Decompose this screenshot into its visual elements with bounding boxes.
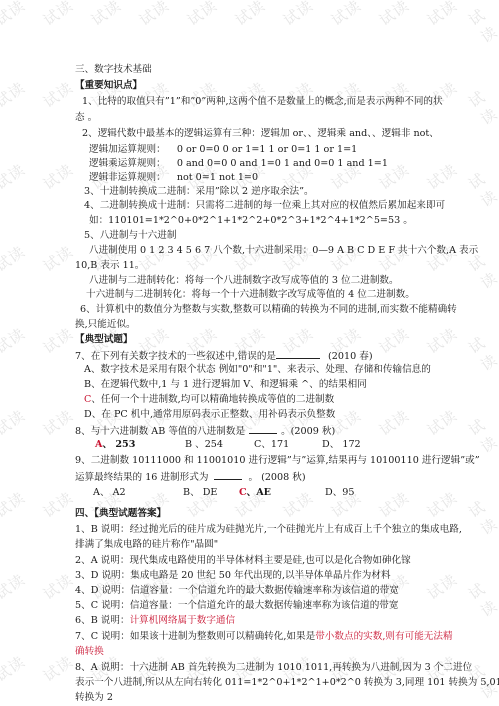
rule-and: 逻辑乘运算规则： 0 and 0=0 0 and 1=0 1 and 0=0 1… (89, 158, 388, 170)
q8-option-b: B 、254 (185, 439, 223, 451)
watermark-text: 试读 (423, 405, 461, 441)
answer-5: 5、C 说明：信道容量：一个信道允许的最大数据传输速率称为该信道的带宽 (75, 600, 399, 612)
correct-answer-letter: C (239, 487, 247, 498)
watermark-text: 试读 (135, 0, 173, 30)
point-5-line2: 八进制使用 0 1 2 3 4 5 6 7 八个数,十六进制采用：0—9 A B… (89, 245, 478, 257)
point-1-line1: 1、比特的取值只有”1”和”0”两种,这两个值不是数量上的概念,而是表示两种不同… (82, 96, 443, 108)
q9-option-d: D、95 (325, 487, 355, 499)
rule-not: 逻辑非运算规则： not 0=1 not 1=0 (89, 172, 258, 184)
watermark-text: 试读 (231, 0, 269, 30)
point-5-line1: 5、八进制与十六进制 (84, 230, 176, 242)
watermark-text: 试读 (464, 327, 499, 376)
q8-option-d: D、 172 (322, 439, 361, 451)
highlighted-text: 带小数点的实数,则有可能无法精 (315, 631, 452, 642)
watermark-text: 试读 (0, 405, 29, 441)
rule-or-value: 0 or 0=0 0 or 1=1 1 or 0=1 1 or 1=1 (177, 144, 357, 155)
q7-option-c: C、任何一个十进制数,均可以精确地转换成等值的二进制数 (84, 394, 334, 406)
watermark-text: 试读 (375, 405, 413, 441)
watermark-text: 试读 (0, 487, 29, 523)
watermark-text: 试读 (464, 81, 499, 130)
subheading-key-points: 【重要知识点】 (75, 80, 142, 92)
answer-blank (249, 424, 277, 434)
point-6-line2: 换,只能近似。 (75, 319, 136, 331)
watermark-text: 试读 (0, 241, 29, 277)
question-7-text: 7、在下列有关数字技术的一些叙述中,错误的是 (75, 351, 276, 362)
watermark-text: 试读 (464, 491, 499, 540)
question-9-stem: 9、二进制数 10111000 和 11001010 进行逻辑”与”运算,结果再… (75, 455, 480, 467)
watermark-text: 试读 (327, 0, 365, 30)
highlighted-text: 计算机网络属于数字通信 (130, 615, 236, 626)
point-5-line4: 八进制与二进制转化：将每一个八进制数字改写成等值的 3 位二进制数。 (89, 275, 399, 287)
answer-8-line3: 转换为 2 (75, 692, 113, 704)
watermark-text: 试读 (0, 77, 29, 113)
watermark-text: 试读 (0, 159, 29, 195)
question-9-stem2: 运算最终结果的 16 进制形式为。 (2008 秋) (75, 470, 306, 484)
watermark-text: 试读 (39, 159, 77, 195)
watermark-text: 试读 (39, 651, 77, 687)
watermark-text: 试读 (39, 77, 77, 113)
question-7-stem: 7、在下列有关数字技术的一些叙述中,错误的是(2010 春) (75, 349, 373, 363)
rule-and-label: 逻辑乘运算规则： (89, 158, 166, 169)
point-5-line5: 十六进制与二进制转化：将每一个十六进制数字改写成等值的 4 位二进制数。 (86, 289, 415, 301)
watermark-text: 试读 (375, 323, 413, 359)
question-9-text: 运算最终结果的 16 进制形式为 (75, 472, 208, 483)
point-4-line1: 4、二进制转换成十进制：只需将二进制的每一位乘上其对应的权值然后累加起来即可 (84, 200, 445, 212)
rule-not-value: not 0=1 not 1=0 (177, 172, 258, 183)
watermark-text: 试读 (39, 241, 77, 277)
watermark-text: 试读 (279, 487, 317, 523)
q9-option-a: A、 A2 (93, 487, 126, 499)
watermark-text: 试读 (423, 487, 461, 523)
q9-option-c: C、AE (239, 487, 271, 499)
watermark-text: 试读 (0, 651, 29, 687)
question-8-source: 。(2009 秋) (281, 426, 335, 437)
answer-1-line1: 1、B 说明：经过抛光后的硅片成为硅抛光片,一个硅抛光片上有成百上千个独立的集成… (75, 524, 462, 536)
watermark-text: 试读 (39, 323, 77, 359)
watermark-text: 试读 (39, 569, 77, 605)
point-2-line1: 2、逻辑代数中最基本的逻辑运算有三种：逻辑加 or、、逻辑乘 and、、逻辑非 … (82, 128, 439, 140)
question-8-stem: 8、与十六进制数 AB 等值的八进制数是。(2009 秋) (75, 424, 335, 438)
watermark-text: 试读 (464, 0, 499, 47)
watermark-text: 试读 (183, 0, 221, 30)
q9-option-b: B、 DE (183, 487, 217, 499)
watermark-text: 试读 (423, 323, 461, 359)
q8-option-c: C、171 (254, 439, 289, 451)
rule-and-value: 0 and 0=0 0 and 1=0 1 and 0=0 1 and 1=1 (177, 158, 388, 169)
answer-2: 2、A 说明：现代集成电路使用的半导体材料主要是硅,也可以是化合物如砷化镓 (75, 555, 411, 567)
answer-blank (276, 349, 320, 359)
watermark-text: 试读 (423, 0, 461, 30)
answer-1-line2: 排满了集成电路的硅片称作"晶圆" (75, 539, 218, 551)
watermark-text: 试读 (375, 487, 413, 523)
point-1-line2: 态 。 (75, 112, 97, 124)
answer-4: 4、D 说明：信道容量：一个信道允许的最大数据传输速率称为该信道的带宽 (75, 585, 399, 597)
q7-option-b: B、在逻辑代数中,1 与 1 进行逻辑加 V、和逻辑乘 ^、的结果相同 (84, 379, 367, 391)
watermark-text: 试读 (375, 0, 413, 30)
answer-8-line2: 表示一个八进制,所以从左向右转化 011=1*2^0+1*2^1+0*2^0 转… (75, 677, 499, 689)
watermark-text: 试读 (87, 0, 125, 30)
subheading-typical-questions: 【典型试题】 (75, 334, 133, 346)
answer-7-line2: 确转换 (75, 646, 104, 658)
answers-heading: 四、【典型试题答案】 (75, 508, 166, 520)
watermark-text: 试读 (39, 487, 77, 523)
answer-blank (214, 470, 242, 480)
answer-8-line1: 8、A 说明：十六进制 AB 首先转换为二进制为 1010 1011,再转换为八… (75, 662, 472, 674)
question-8-text: 8、与十六进制数 AB 等值的八进制数是 (75, 426, 245, 437)
answer-7-line1: 7、C 说明：如果该十进制为整数则可以精确转化,如果是带小数点的实数,则有可能无… (75, 631, 453, 643)
q7-option-a: A、数字技术是采用有限个状态 例如"0"和"1"、来表示、处理、存储和传输信息的 (84, 364, 431, 376)
point-3: 3、十进制转换成二进制：采用”除以 2 逆序取余法”。 (84, 186, 314, 198)
rule-or-label: 逻辑加运算规则： (89, 144, 166, 155)
section-title: 三、数字技术基础 (75, 64, 152, 76)
watermark-text: 试读 (464, 409, 499, 458)
point-5-line3: 10,B 表示 11。 (75, 260, 144, 272)
point-4-line2: 如：110101=1*2^0+0*2^1+1*2^2+0*2^3+1*2^4+1… (89, 215, 413, 227)
rule-or: 逻辑加运算规则： 0 or 0=0 0 or 1=1 1 or 0=1 1 or… (89, 144, 357, 156)
watermark-text: 试读 (39, 405, 77, 441)
watermark-text: 试读 (39, 0, 77, 30)
answer-3: 3、D 说明：集成电路是 20 世纪 50 年代出现的,以半导体单晶片作为材料 (75, 570, 391, 582)
watermark-text: 试读 (279, 0, 317, 30)
q7-option-d: D、在 PC 机中,通常用原码表示正整数、用补码表示负整数 (84, 409, 335, 421)
point-6-line1: 6、计算机中的数值分为整数与实数,整数可以精确的转换为不同的进制,而实数不能精确… (80, 304, 457, 316)
question-7-source: (2010 春) (328, 351, 373, 362)
watermark-text: 试读 (0, 323, 29, 359)
watermark-text: 试读 (423, 569, 461, 605)
q8-option-a: A、 253 (95, 439, 135, 451)
answer-6: 6、B 说明：计算机网络属于数字通信 (75, 615, 235, 627)
watermark-text: 试读 (0, 569, 29, 605)
watermark-text: 试读 (464, 573, 499, 622)
rule-not-label: 逻辑非运算规则： (89, 172, 166, 183)
question-9-source: 。 (2008 秋) (248, 472, 305, 483)
watermark-text: 试读 (0, 0, 29, 30)
watermark-text: 试读 (464, 163, 499, 212)
watermark-text: 试读 (423, 159, 461, 195)
